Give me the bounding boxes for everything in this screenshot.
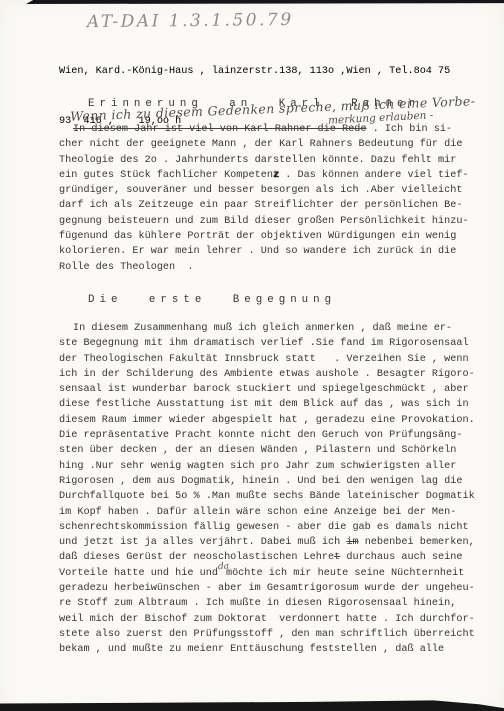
document-scan-page: AT-DAI 1.3.1.50.79 Wien, Kard.-König-Hau… xyxy=(0,0,504,711)
text-line: In diesem Zusammenhang muß ich gleich an… xyxy=(59,321,475,336)
text-line: bekam , und mußte zu meienr Enttäuschung… xyxy=(59,642,475,657)
address-line-1: Wien, Kard.-König-Haus , lainzerstr.138,… xyxy=(59,64,450,81)
text-line: geradezu herbeiwünschen - aber im Gesamt… xyxy=(59,581,475,596)
text-line: kolorieren. Er war mein lehrer . Und so … xyxy=(59,244,469,259)
text-line: cher nicht der geeignete Mann , der Karl… xyxy=(59,137,469,152)
scan-edge-top xyxy=(26,0,504,4)
text-line: im Kopf haben . Dafür allein wäre schon … xyxy=(59,505,475,520)
text-line: Die repräsentative Pracht konnte nicht d… xyxy=(59,428,475,443)
text-line: schenrechtskommission fällig gewesen - a… xyxy=(59,520,475,535)
text-line: ich in der Schilderung des Ambiente etwa… xyxy=(59,367,475,382)
text-line: Rolle des Theologen . xyxy=(59,260,469,275)
text-line: Rigorosen , dem aus Dogmatik, hinein . U… xyxy=(59,474,475,489)
text-line: sten über decken , der an diesen Wänden … xyxy=(59,443,475,458)
text-line: der Theologischen Fakultät Innsbruck sta… xyxy=(59,352,475,367)
paragraph-second: In diesem Zusammenhang muß ich gleich an… xyxy=(59,321,475,658)
text-line: ein gutes Stück fachlicher Kompetenz . D… xyxy=(59,168,469,183)
text-line: stete also zuerst den Prüfungsstoff , de… xyxy=(59,627,475,642)
scan-edge-bottom xyxy=(0,698,504,711)
text-line: weil mich der Bischof zum Doktorat verdo… xyxy=(59,612,475,627)
text-line: und jetzt ist ja alles verjährt. Dabei m… xyxy=(59,535,475,550)
text-line: fügenund das kühlere Porträt der objekti… xyxy=(59,229,469,244)
text-line: Theologie des 2o . Jahrhunderts darstell… xyxy=(59,153,469,168)
text-line: gegnung beisteuern und zum Bild dieser g… xyxy=(59,214,469,229)
text-line: diesem Raum immer wieder abgespielt hat … xyxy=(59,413,475,428)
text-line: diese festliche Ausstattung ist mit dem … xyxy=(59,397,475,412)
text-line: Vorteile hatte und hie unddamöchte ich m… xyxy=(59,566,475,581)
text-line: darf ich als Zeitzeuge ein paar Streifli… xyxy=(59,198,469,213)
text-line: sensaal ist wunderbar barock stuckiert u… xyxy=(59,382,475,397)
text-line: re Stoff zum Albtraum . Ich mußte in die… xyxy=(59,596,475,611)
text-line: In diesem Jahr ist viel von Karl Rahner … xyxy=(59,122,469,137)
section-heading: Die erste Begegnung xyxy=(88,294,336,306)
archive-reference-annotation: AT-DAI 1.3.1.50.79 xyxy=(87,10,294,32)
text-line: Durchfallquote bei 5o % .Man mußte sechs… xyxy=(59,489,475,504)
paragraph-first: In diesem Jahr ist viel von Karl Rahner … xyxy=(59,122,469,275)
text-line: ste Begegnung mit ihm dramatisch verlief… xyxy=(59,336,475,351)
text-line: hing .Nur sehr wenig wagten sich pro Jah… xyxy=(59,459,475,474)
text-line: daß dieses Gerüst der neoscholastischen … xyxy=(59,550,475,565)
text-line: gründiger, souveräner und besser besorge… xyxy=(59,183,469,198)
